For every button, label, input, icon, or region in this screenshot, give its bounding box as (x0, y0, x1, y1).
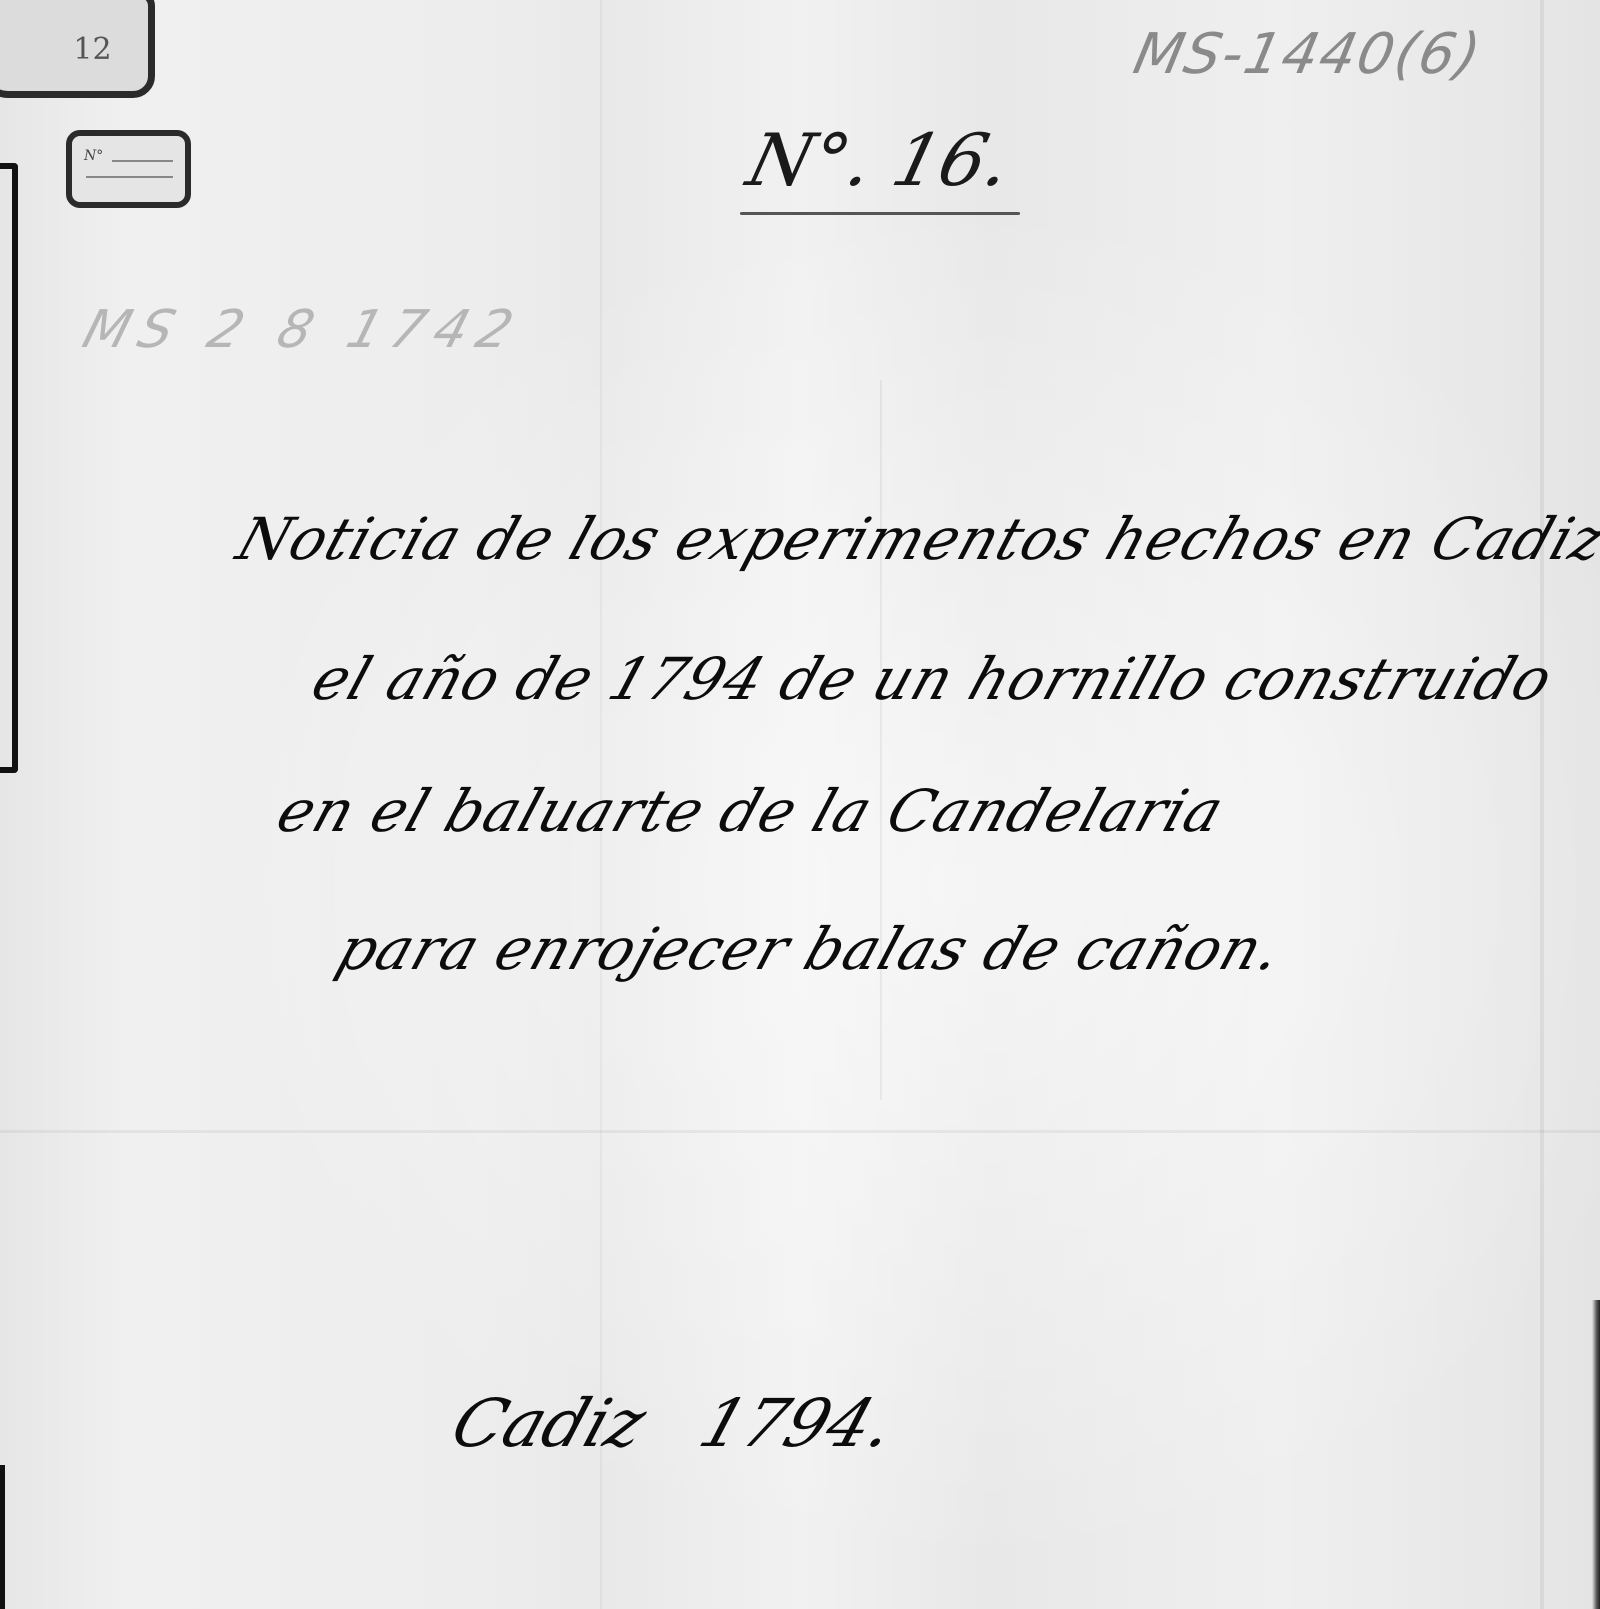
folio-stamp: 12 (0, 0, 155, 98)
paper-fold-horizontal (0, 1130, 1600, 1133)
paper-fold-right (1540, 0, 1544, 1609)
document-number-underline (740, 212, 1020, 215)
label-rule (86, 176, 173, 178)
place-and-date: Cadiz1794. (442, 1385, 964, 1462)
folio-number: 12 (23, 22, 111, 67)
title-line: Noticia de los experimentos hechos en Ca… (229, 505, 1600, 573)
year: 1794. (690, 1385, 904, 1462)
title-line: en el baluarte de la Candelaria (269, 777, 1233, 845)
paper-crease (880, 380, 882, 1100)
title-line: para enrojecer balas de cañon. (329, 915, 1291, 983)
place: Cadiz (442, 1385, 655, 1462)
page-edge-shadow (1592, 1300, 1600, 1609)
title-line: el año de 1794 de un hornillo construido (304, 645, 1562, 713)
label-rule (112, 160, 173, 162)
binding-edge (0, 1465, 5, 1609)
shelfmark: MS-1440(6) (1128, 22, 1488, 87)
manuscript-page: 12 N° MS-1440(6) N°. 16. MS 2 8 1742 Not… (0, 0, 1600, 1609)
document-number: N°. 16. (740, 118, 1020, 202)
number-label-text: N° (84, 148, 103, 164)
catalog-pencil-mark: MS 2 8 1742 (76, 300, 529, 360)
number-label-box: N° (66, 130, 191, 208)
binding-bracket (0, 163, 18, 773)
